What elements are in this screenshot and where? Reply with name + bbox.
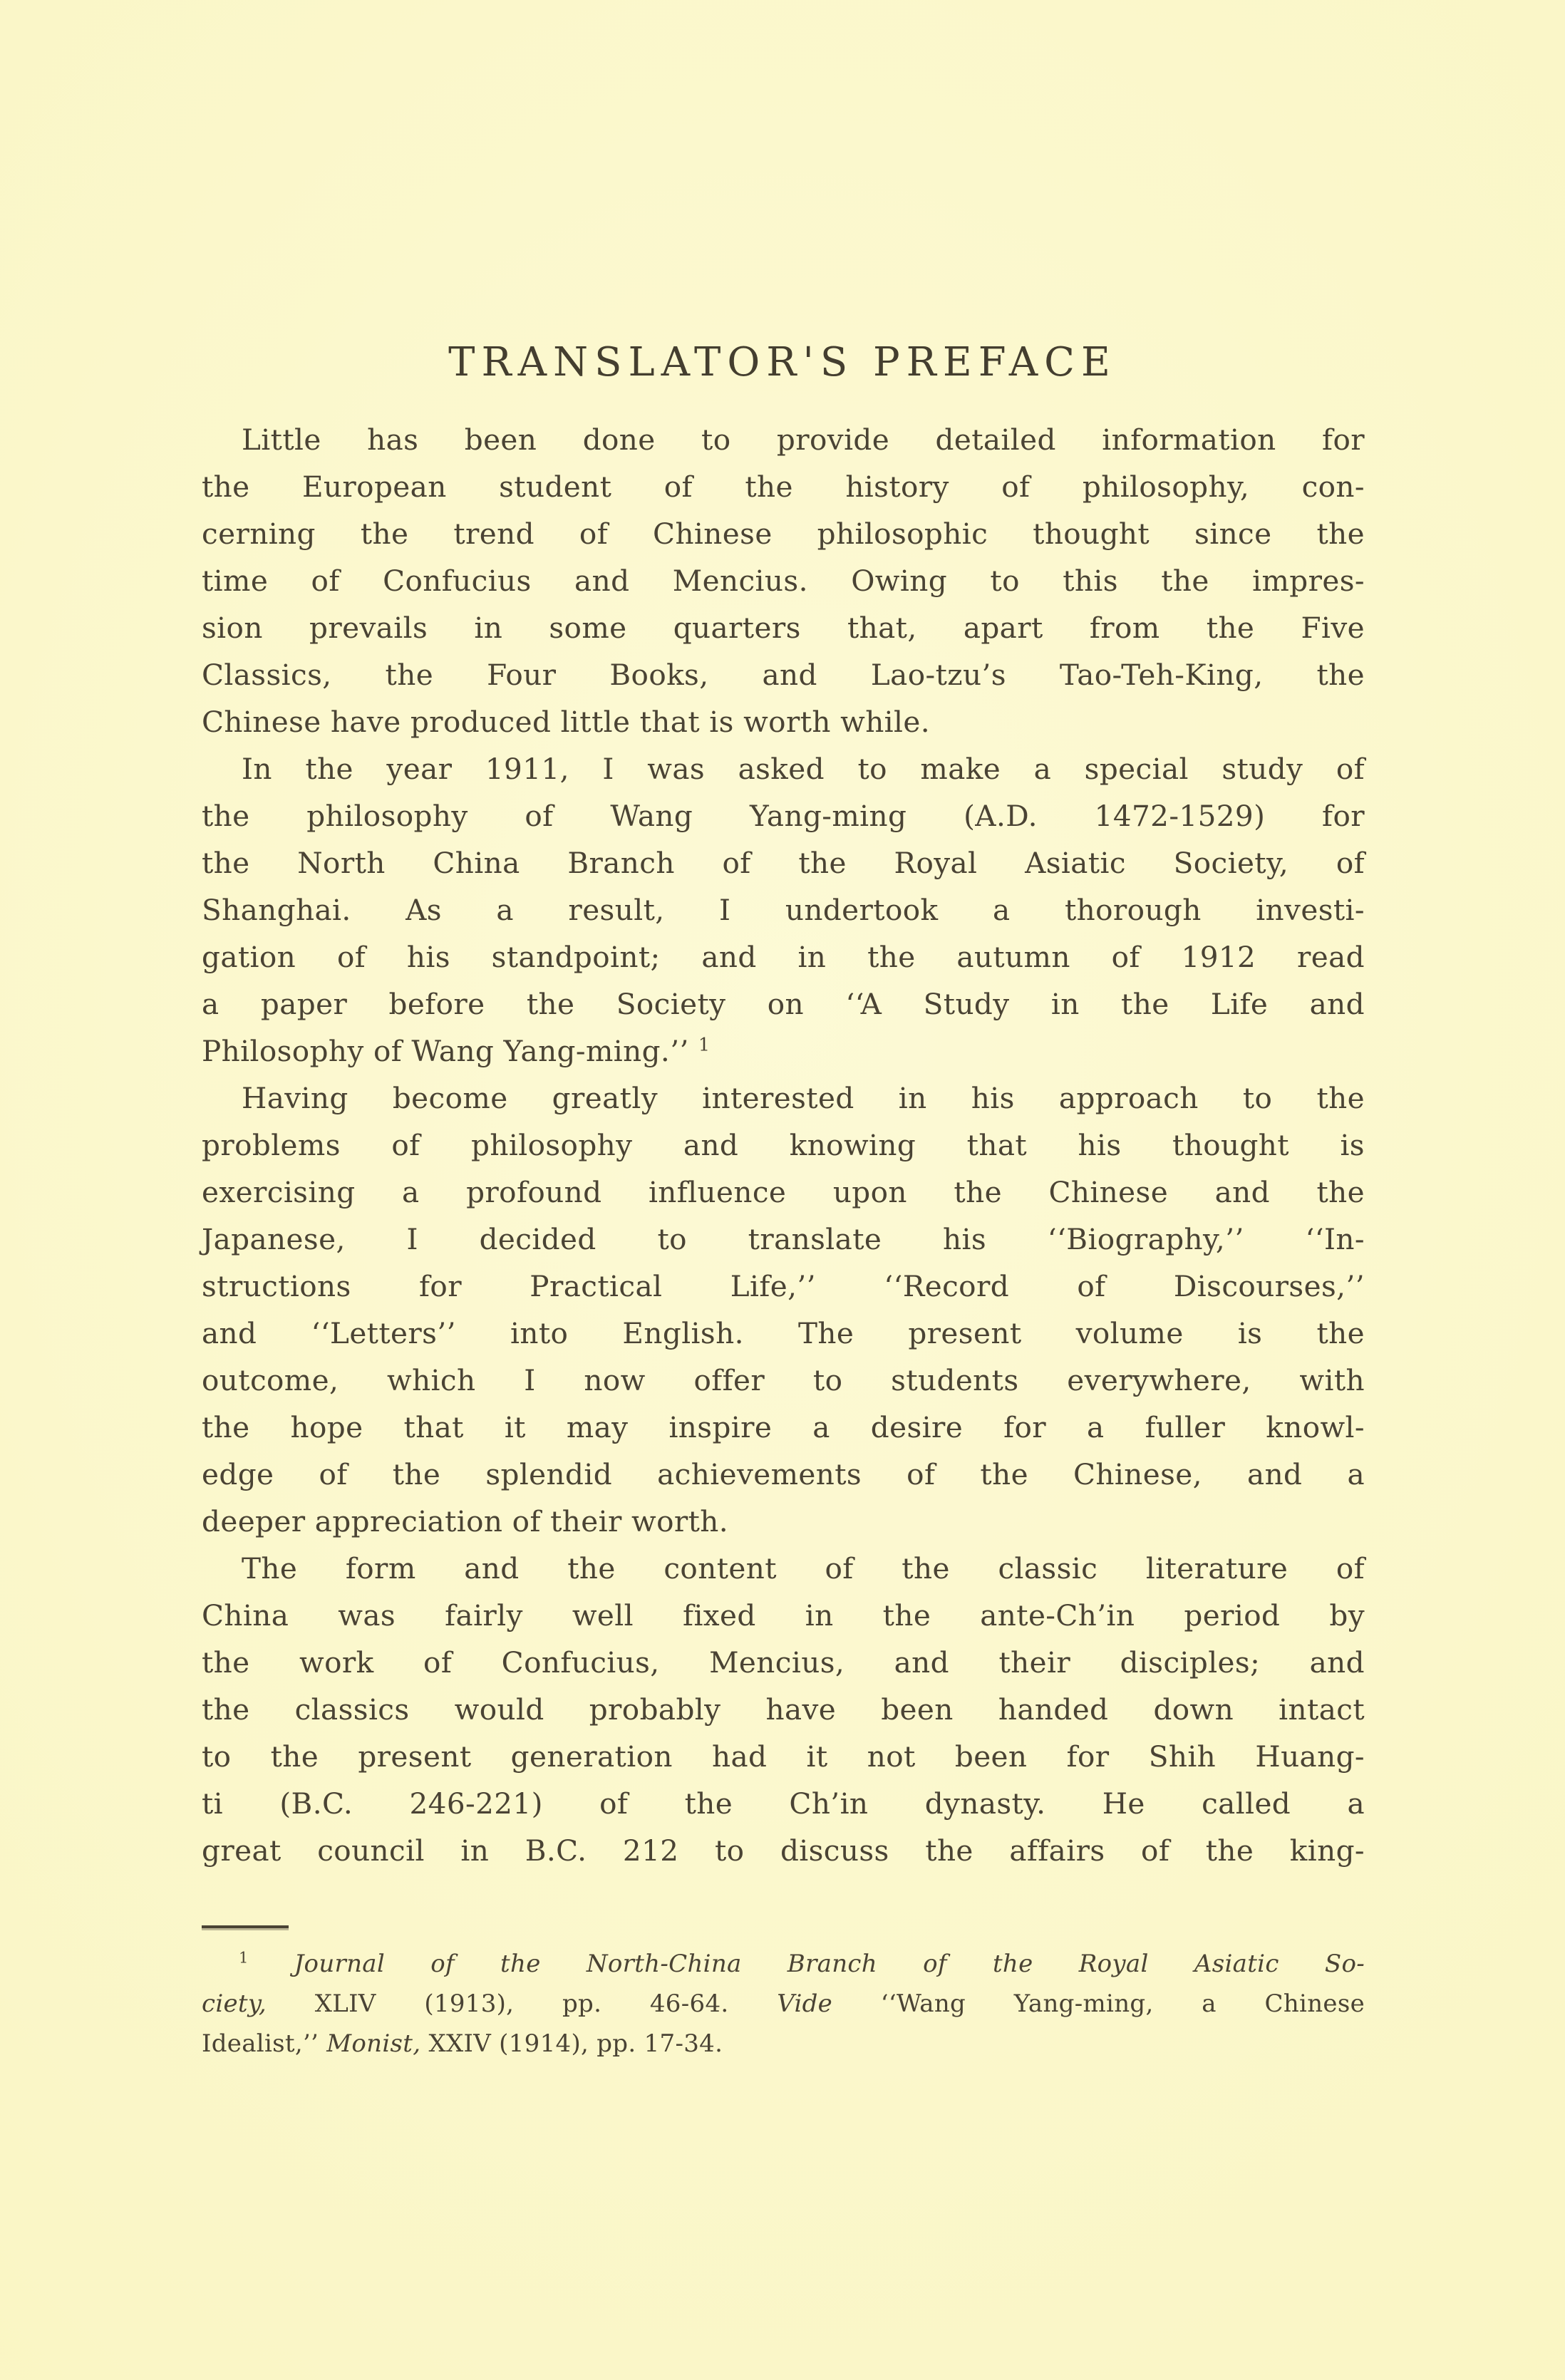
text-segment: outcome, which I now offer to students e…: [202, 1363, 1365, 1397]
text-segment: Philosophy of Wang Yang-ming.’’: [202, 1034, 698, 1068]
text-segment: Having become greatly interested in his …: [242, 1081, 1365, 1115]
paragraph: Little has been done to provide detailed…: [202, 416, 1365, 745]
text-segment: XXIV (1914), pp. 17-34.: [420, 2029, 723, 2058]
text-segment: gation of his standpoint; and in the aut…: [202, 940, 1365, 974]
footnote-line: Idealist,’’ Monist, XXIV (1914), pp. 17-…: [202, 2024, 1365, 2064]
text-segment: the European student of the history of p…: [202, 470, 1365, 504]
text-segment: Japanese, I decided to translate his ‘‘B…: [202, 1222, 1365, 1256]
text-segment: [248, 1950, 294, 1978]
body-line: great council in B.C. 212 to discuss the…: [202, 1827, 1365, 1874]
body-line: and ‘‘Letters’’ into English. The presen…: [202, 1310, 1365, 1357]
footnote-marker: 1: [239, 1949, 248, 1967]
body-line: the North China Branch of the Royal Asia…: [202, 839, 1365, 886]
body-line: The form and the content of the classic …: [202, 1545, 1365, 1592]
text-segment: time of Confucius and Mencius. Owing to …: [202, 564, 1365, 598]
text-segment: XLIV (1913), pp. 46-64.: [267, 1990, 777, 2018]
body-line: sion prevails in some quarters that, apa…: [202, 604, 1365, 651]
italic-text: Journal of the North-China Branch of the…: [294, 1950, 1365, 1978]
text-segment: cerning the trend of Chinese philosophic…: [202, 517, 1365, 551]
body-line: outcome, which I now offer to students e…: [202, 1357, 1365, 1404]
body-text: Little has been done to provide detailed…: [202, 416, 1365, 1874]
text-segment: edge of the splendid achievements of the…: [202, 1457, 1365, 1491]
body-line: gation of his standpoint; and in the aut…: [202, 933, 1365, 981]
body-line: China was fairly well fixed in the ante-…: [202, 1592, 1365, 1639]
text-segment: a paper before the Society on ‘‘A Study …: [202, 987, 1365, 1021]
body-line: edge of the splendid achievements of the…: [202, 1451, 1365, 1498]
italic-text: Vide: [777, 1990, 832, 2018]
body-line: Having become greatly interested in his …: [202, 1075, 1365, 1122]
paragraph: Having become greatly interested in his …: [202, 1075, 1365, 1545]
text-segment: structions for Practical Life,’’ ‘‘Recor…: [202, 1269, 1365, 1303]
body-line: cerning the trend of Chinese philosophic…: [202, 510, 1365, 557]
text-segment: The form and the content of the classic …: [242, 1551, 1365, 1585]
body-line: Shanghai. As a result, I undertook a tho…: [202, 886, 1365, 933]
italic-text: Monist,: [326, 2029, 420, 2058]
body-line: Philosophy of Wang Yang-ming.’’ 1: [202, 1028, 1365, 1075]
text-segment: the philosophy of Wang Yang-ming (A.D. 1…: [202, 799, 1365, 833]
text-segment: Shanghai. As a result, I undertook a tho…: [202, 893, 1365, 927]
text-segment: to the present generation had it not bee…: [202, 1739, 1365, 1774]
text-segment: the North China Branch of the Royal Asia…: [202, 846, 1365, 880]
body-line: structions for Practical Life,’’ ‘‘Recor…: [202, 1263, 1365, 1310]
text-segment: sion prevails in some quarters that, apa…: [202, 611, 1365, 645]
body-line: Chinese have produced little that is wor…: [202, 698, 1365, 745]
body-line: In the year 1911, I was asked to make a …: [202, 745, 1365, 792]
body-line: problems of philosophy and knowing that …: [202, 1122, 1365, 1169]
body-line: the philosophy of Wang Yang-ming (A.D. 1…: [202, 792, 1365, 839]
page-title: TRANSLATOR'S PREFACE: [201, 0, 1364, 388]
body-line: Classics, the Four Books, and Lao-tzu’s …: [202, 651, 1365, 698]
text-segment: Idealist,’’: [202, 2029, 326, 2058]
body-line: the work of Confucius, Mencius, and thei…: [202, 1639, 1365, 1686]
paragraph: In the year 1911, I was asked to make a …: [202, 745, 1365, 1075]
body-line: ti (B.C. 246-221) of the Ch’in dynasty. …: [202, 1780, 1365, 1827]
text-segment: great council in B.C. 212 to discuss the…: [202, 1833, 1365, 1868]
body-line: Little has been done to provide detailed…: [202, 416, 1365, 463]
text-segment: exercising a profound influence upon the…: [202, 1175, 1365, 1209]
text-segment: deeper appreciation of their worth.: [202, 1504, 728, 1538]
body-line: to the present generation had it not bee…: [202, 1733, 1365, 1780]
body-line: a paper before the Society on ‘‘A Study …: [202, 981, 1365, 1028]
footnote-line: ciety, XLIV (1913), pp. 46-64. Vide ‘‘Wa…: [202, 1984, 1365, 2024]
text-segment: problems of philosophy and knowing that …: [202, 1128, 1365, 1162]
footnote: 1 Journal of the North-China Branch of t…: [202, 1944, 1365, 2064]
text-segment: ti (B.C. 246-221) of the Ch’in dynasty. …: [202, 1786, 1365, 1821]
text-segment: ‘‘Wang Yang-ming, a Chinese: [832, 1990, 1365, 2018]
body-line: Japanese, I decided to translate his ‘‘B…: [202, 1216, 1365, 1263]
body-line: exercising a profound influence upon the…: [202, 1169, 1365, 1216]
scanned-book-page: TRANSLATOR'S PREFACE Little has been don…: [0, 0, 1565, 2380]
text-segment: Classics, the Four Books, and Lao-tzu’s …: [202, 658, 1365, 692]
text-segment: China was fairly well fixed in the ante-…: [202, 1598, 1365, 1633]
text-segment: Little has been done to provide detailed…: [242, 423, 1365, 457]
text-segment: and ‘‘Letters’’ into English. The presen…: [202, 1316, 1365, 1350]
text-segment: the hope that it may inspire a desire fo…: [202, 1410, 1365, 1444]
footnote-line: 1 Journal of the North-China Branch of t…: [202, 1944, 1365, 1984]
paragraph: The form and the content of the classic …: [202, 1545, 1365, 1874]
body-line: the hope that it may inspire a desire fo…: [202, 1404, 1365, 1451]
body-line: time of Confucius and Mencius. Owing to …: [202, 557, 1365, 604]
footnote-rule: [202, 1925, 289, 1928]
footnote-marker: 1: [698, 1035, 710, 1055]
italic-text: ciety,: [202, 1990, 267, 2018]
text-segment: the work of Confucius, Mencius, and thei…: [202, 1645, 1365, 1680]
body-line: deeper appreciation of their worth.: [202, 1498, 1365, 1545]
text-segment: In the year 1911, I was asked to make a …: [242, 752, 1365, 786]
body-line: the classics would probably have been ha…: [202, 1686, 1365, 1733]
body-line: the European student of the history of p…: [202, 463, 1365, 510]
text-segment: the classics would probably have been ha…: [202, 1692, 1365, 1727]
text-segment: Chinese have produced little that is wor…: [202, 705, 930, 739]
